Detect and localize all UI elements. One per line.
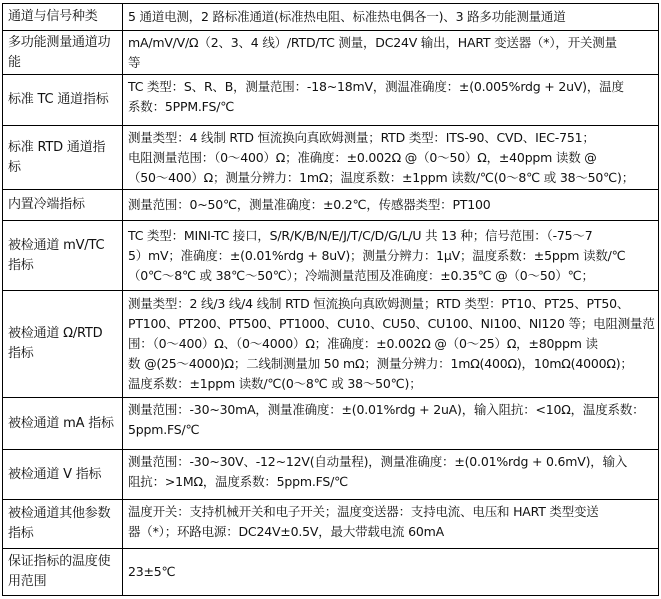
table-row: 标准 RTD 通道指标 测量类型：4 线制 RTD 恒流换向真欧姆测量；RTD …	[3, 126, 659, 190]
value-line: 温度系数：±1ppm 读数/℃(0～8℃ 或 38～50℃)；	[128, 374, 654, 394]
table-row: 被检通道其他参数指标 温度开关：支持机械开关和电子开关；温度变送器：支持电流、电…	[3, 500, 659, 549]
value-line: PT100、PT200、PT500、PT1000、CU10、CU50、CU100…	[128, 314, 654, 334]
row-value: 5 通道电测，2 路标准通道(标准热电阻、标准热电偶各一)、3 路多功能测量通道	[123, 4, 659, 31]
row-value: 测量类型：2 线/3 线/4 线制 RTD 恒流换向真欧姆测量；RTD 类型：P…	[123, 291, 659, 398]
row-label: 多功能测量通道功能	[3, 31, 123, 75]
value-line: 5ppm.FS/℃	[128, 420, 654, 440]
table-row: 多功能测量通道功能 mA/mV/V/Ω（2、3、4 线）/RTD/TC 测量，D…	[3, 31, 659, 75]
value-line: 测量类型：2 线/3 线/4 线制 RTD 恒流换向真欧姆测量；RTD 类型：P…	[128, 294, 654, 314]
value-line: 5 通道电测，2 路标准通道(标准热电阻、标准热电偶各一)、3 路多功能测量通道	[128, 7, 654, 27]
row-value: 测量范围：-30~30mA，测量准确度：±(0.01%rdg + 2uA)，输入…	[123, 398, 659, 450]
value-line: 数 @(25～4000)Ω；二线制测量加 50 mΩ；测量分辨力：1mΩ(400…	[128, 354, 654, 374]
row-value: 23±5℃	[123, 549, 659, 596]
table-row: 通道与信号种类 5 通道电测，2 路标准通道(标准热电阻、标准热电偶各一)、3 …	[3, 4, 659, 31]
table-row: 被检通道 mA 指标 测量范围：-30~30mA，测量准确度：±(0.01%rd…	[3, 398, 659, 450]
row-value: TC 类型：MINI-TC 接口，S/R/K/B/N/E/J/T/C/D/G/L…	[123, 221, 659, 291]
value-line: TC 类型：MINI-TC 接口，S/R/K/B/N/E/J/T/C/D/G/L…	[128, 226, 654, 246]
row-value: 温度开关：支持机械开关和电子开关；温度变送器：支持电流、电压和 HART 类型变…	[123, 500, 659, 549]
row-value: TC 类型：S、R、B，测量范围：-18~18mV，测温准确度：±(0.005%…	[123, 75, 659, 126]
value-line: 温度开关：支持机械开关和电子开关；温度变送器：支持电流、电压和 HART 类型变…	[128, 502, 654, 522]
value-line: （0℃～8℃ 或 38℃～50℃）；冷端测量范围及准确度：±0.35℃ @（0～…	[128, 266, 654, 286]
row-label: 标准 RTD 通道指标	[3, 126, 123, 190]
row-label: 内置冷端指标	[3, 190, 123, 221]
value-line: （50～400）Ω；测量分辨力：1mΩ；温度系数：±1ppm 读数/℃(0～8℃…	[128, 168, 654, 188]
value-line: 等	[128, 53, 654, 73]
table-row: 被检通道 V 指标 测量范围：-30~30V、-12~12V(自动量程)，测量准…	[3, 450, 659, 500]
value-line: 测量范围：-30~30V、-12~12V(自动量程)，测量准确度：±(0.01%…	[128, 452, 654, 472]
value-line: 围：（0～400）Ω、（0～4000）Ω；准确度：±0.002Ω @（0～25）…	[128, 334, 654, 354]
value-line: mA/mV/V/Ω（2、3、4 线）/RTD/TC 测量，DC24V 输出，HA…	[128, 33, 654, 53]
value-line: 测量类型：4 线制 RTD 恒流换向真欧姆测量；RTD 类型：ITS-90、CV…	[128, 128, 654, 148]
value-line: 测量范围：-30~30mA，测量准确度：±(0.01%rdg + 2uA)，输入…	[128, 400, 654, 420]
value-line: 测量范围：0~50℃，测量准确度：±0.2℃，传感器类型：PT100	[128, 195, 654, 215]
spec-table: 通道与信号种类 5 通道电测，2 路标准通道(标准热电阻、标准热电偶各一)、3 …	[2, 3, 659, 596]
row-value: 测量范围：0~50℃，测量准确度：±0.2℃，传感器类型：PT100	[123, 190, 659, 221]
value-line: 23±5℃	[128, 562, 654, 582]
row-value: 测量范围：-30~30V、-12~12V(自动量程)，测量准确度：±(0.01%…	[123, 450, 659, 500]
row-label: 被检通道其他参数指标	[3, 500, 123, 549]
row-label: 标准 TC 通道指标	[3, 75, 123, 126]
row-label: 被检通道 mA 指标	[3, 398, 123, 450]
row-value: mA/mV/V/Ω（2、3、4 线）/RTD/TC 测量，DC24V 输出，HA…	[123, 31, 659, 75]
value-line: 5）mV；准确度：±(0.01%rdg + 8uV)；测量分辨力：1μV；温度系…	[128, 246, 654, 266]
value-line: 系数：5PPM.FS/℃	[128, 97, 654, 117]
value-line: 器（*）；环路电源：DC24V±0.5V，最大带载电流 60mA	[128, 522, 654, 542]
table-row: 被检通道 Ω/RTD 指标 测量类型：2 线/3 线/4 线制 RTD 恒流换向…	[3, 291, 659, 398]
value-line: 阻抗：>1MΩ，温度系数：5ppm.FS/℃	[128, 472, 654, 492]
value-line: TC 类型：S、R、B，测量范围：-18~18mV，测温准确度：±(0.005%…	[128, 77, 654, 97]
row-label: 通道与信号种类	[3, 4, 123, 31]
table-row: 标准 TC 通道指标 TC 类型：S、R、B，测量范围：-18~18mV，测温准…	[3, 75, 659, 126]
row-label: 被检通道 mV/TC 指标	[3, 221, 123, 291]
row-label: 被检通道 V 指标	[3, 450, 123, 500]
table-row: 保证指标的温度使用范围 23±5℃	[3, 549, 659, 596]
row-label: 保证指标的温度使用范围	[3, 549, 123, 596]
row-label: 被检通道 Ω/RTD 指标	[3, 291, 123, 398]
table-row: 内置冷端指标 测量范围：0~50℃，测量准确度：±0.2℃，传感器类型：PT10…	[3, 190, 659, 221]
table-row: 被检通道 mV/TC 指标 TC 类型：MINI-TC 接口，S/R/K/B/N…	[3, 221, 659, 291]
row-value: 测量类型：4 线制 RTD 恒流换向真欧姆测量；RTD 类型：ITS-90、CV…	[123, 126, 659, 190]
value-line: 电阻测量范围：（0～400）Ω；准确度：±0.002Ω @（0～50）Ω，±40…	[128, 148, 654, 168]
